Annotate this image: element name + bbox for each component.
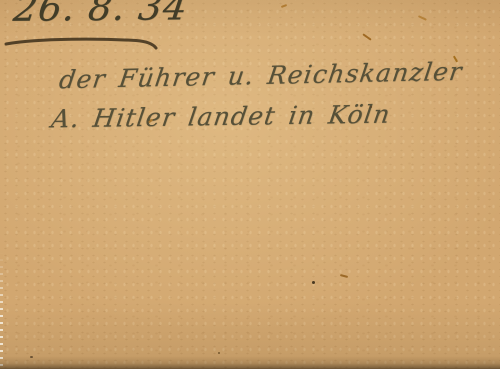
caption-line-2: A. Hitler landet in Köln <box>50 102 393 132</box>
left-edge-perforation-fade <box>0 252 3 312</box>
paper-fiber <box>281 4 287 8</box>
handwritten-date: 26. 8. 34 <box>11 0 190 27</box>
paper-speck <box>312 281 315 284</box>
caption-line-1: der Führer u. Reichskanzler <box>58 59 465 92</box>
paper-fiber <box>362 33 371 40</box>
date-underline-stroke <box>3 35 159 51</box>
paper-fiber <box>340 274 348 278</box>
paper-speck <box>218 352 220 354</box>
paper-speck <box>370 106 372 108</box>
paper-fiber <box>418 15 427 20</box>
photocard-back: 26. 8. 34 der Führer u. Reichskanzler A.… <box>0 0 500 369</box>
bottom-edge-shadow <box>0 356 500 369</box>
